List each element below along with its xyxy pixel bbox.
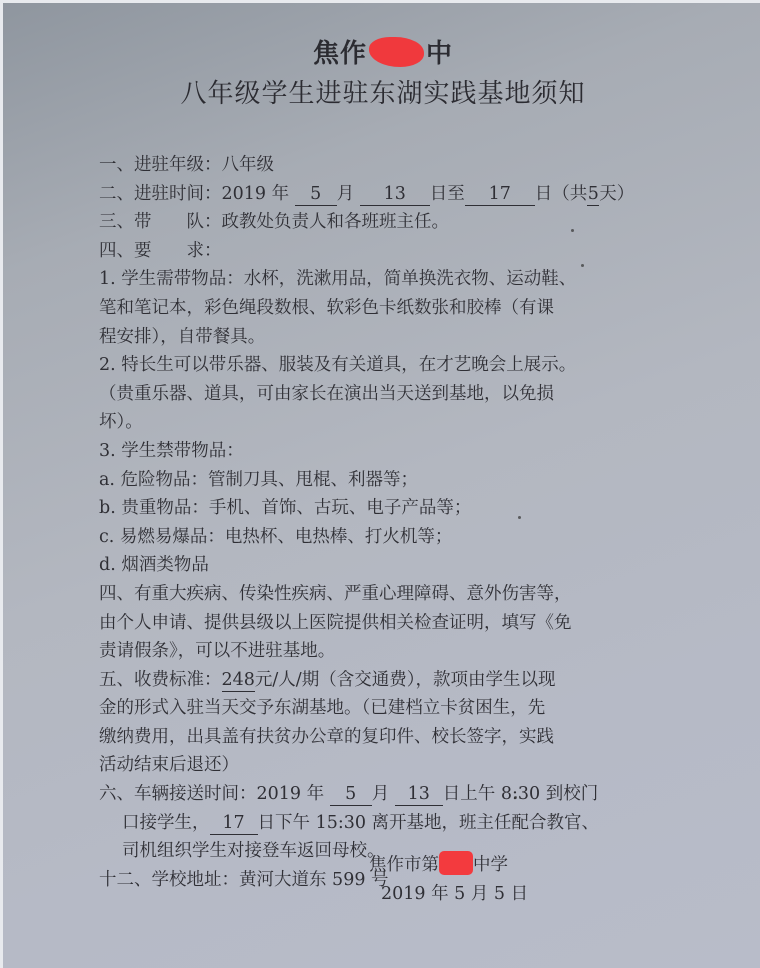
grade-line: 一、进驻年级：八年级	[99, 151, 659, 180]
exemption-line: 由个人申请、提供县级以上医院提供相关检查证明，填写《免	[99, 609, 659, 638]
notice-body: 一、进驻年级：八年级 二、进驻时间：2019 年 5月 13日至17日（共5天）…	[99, 151, 659, 894]
address-value: 黄河大道东 599 号	[239, 870, 389, 890]
time-end-day: 17	[465, 183, 535, 206]
requirements-heading: 四、要 求：	[99, 237, 659, 266]
transport-text: 口接学生，	[122, 813, 210, 833]
redaction-mark	[439, 851, 473, 875]
leaders-label: 三、带 队：	[99, 212, 222, 232]
req2-line: 2. 特长生可以带乐器、服装及有关道具，在才艺晚会上展示。	[99, 351, 659, 380]
exemption-line: 责请假条》，可以不进驻基地。	[99, 637, 659, 666]
transport-text: 日上午 8:30 到校门	[443, 784, 598, 804]
leaders-value: 政教处负责人和各班班主任。	[222, 212, 450, 232]
paper-speck	[581, 264, 584, 267]
signature-date: 2019 年 5 月 5 日	[381, 880, 528, 905]
school-name-prefix: 焦作	[313, 39, 367, 69]
time-day-unit: 日（共	[535, 184, 588, 204]
req2-line: （贵重乐器、道具，可由家长在演出当天送到基地，以免损	[99, 380, 659, 409]
time-line: 二、进驻时间：2019 年 5月 13日至17日（共5天）	[99, 180, 659, 209]
school-name-suffix: 中	[426, 39, 453, 69]
fee-line: 金的形式入驻当天交予东湖基地。（已建档立卡贫困生，先	[99, 694, 659, 723]
document-photo: 焦作中 八年级学生进驻东湖实践基地须知 一、进驻年级：八年级 二、进驻时间：20…	[3, 3, 760, 968]
prohibited-item: d. 烟酒类物品	[99, 551, 659, 580]
prohibited-item: b. 贵重物品：手机、首饰、古玩、电子产品等；	[99, 494, 659, 523]
transport-return-day: 17	[210, 812, 258, 835]
time-label: 二、进驻时间：	[99, 184, 222, 204]
grade-value: 八年级	[222, 155, 275, 175]
notice-title: 八年级学生进驻东湖实践基地须知	[3, 73, 760, 110]
signature-org-suffix: 中学	[473, 855, 508, 875]
transport-label: 六、车辆接送时间：	[99, 784, 257, 804]
address-label: 十二、学校地址：	[99, 870, 239, 890]
time-total-days: 5	[587, 183, 599, 206]
req1-line: 笔和笔记本，彩色绳段数根、软彩色卡纸数张和胶棒（有课	[99, 294, 659, 323]
signature-org-prefix: 焦作市第	[369, 855, 439, 875]
req2-line: 坏）。	[99, 408, 659, 437]
grade-label: 一、进驻年级：	[99, 155, 222, 175]
fee-line: 活动结束后退还）	[99, 751, 659, 780]
transport-month: 5	[330, 783, 372, 806]
time-total-unit: 天）	[599, 184, 634, 204]
school-name-heading: 焦作中	[3, 33, 760, 70]
paper-speck	[571, 229, 574, 232]
fee-label: 五、收费标准：	[99, 670, 222, 690]
leaders-line: 三、带 队：政教处负责人和各班班主任。	[99, 208, 659, 237]
paper-speck	[518, 516, 521, 519]
time-start-day: 13	[360, 183, 430, 206]
transport-line: 口接学生，17日下午 15:30 离开基地，班主任配合教官、	[99, 809, 659, 838]
transport-day: 13	[395, 783, 443, 806]
time-month: 5	[295, 183, 337, 206]
exemption-line: 四、有重大疾病、传染性疾病、严重心理障碍、意外伤害等，	[99, 580, 659, 609]
fee-text: 元/人/期（含交通费），款项由学生以现	[255, 670, 556, 690]
fee-line: 五、收费标准：248元/人/期（含交通费），款项由学生以现	[99, 666, 659, 695]
signature-org: 焦作市第中学	[369, 851, 508, 880]
transport-line: 六、车辆接送时间：2019 年 5月 13日上午 8:30 到校门	[99, 780, 659, 809]
time-year: 2019 年	[222, 184, 290, 204]
paper-speck	[514, 796, 517, 799]
req1-line: 程安排），自带餐具。	[99, 323, 659, 352]
req1-line: 1. 学生需带物品：水杯，洗漱用品，简单换洗衣物、运动鞋、	[99, 265, 659, 294]
time-month-unit: 月	[337, 184, 355, 204]
fee-amount: 248	[222, 669, 255, 692]
redaction-mark	[369, 37, 424, 67]
prohibited-heading: 3. 学生禁带物品：	[99, 437, 659, 466]
time-day-to: 日至	[430, 184, 465, 204]
prohibited-item: c. 易燃易爆品：电热杯、电热棒、打火机等；	[99, 523, 659, 552]
transport-year: 2019 年	[257, 784, 325, 804]
transport-text: 日下午 15:30 离开基地，班主任配合教官、	[258, 813, 600, 833]
fee-line: 缴纳费用，出具盖有扶贫办公章的复印件、校长签字，实践	[99, 723, 659, 752]
transport-month-unit: 月	[372, 784, 390, 804]
prohibited-item: a. 危险物品：管制刀具、甩棍、利器等；	[99, 466, 659, 495]
